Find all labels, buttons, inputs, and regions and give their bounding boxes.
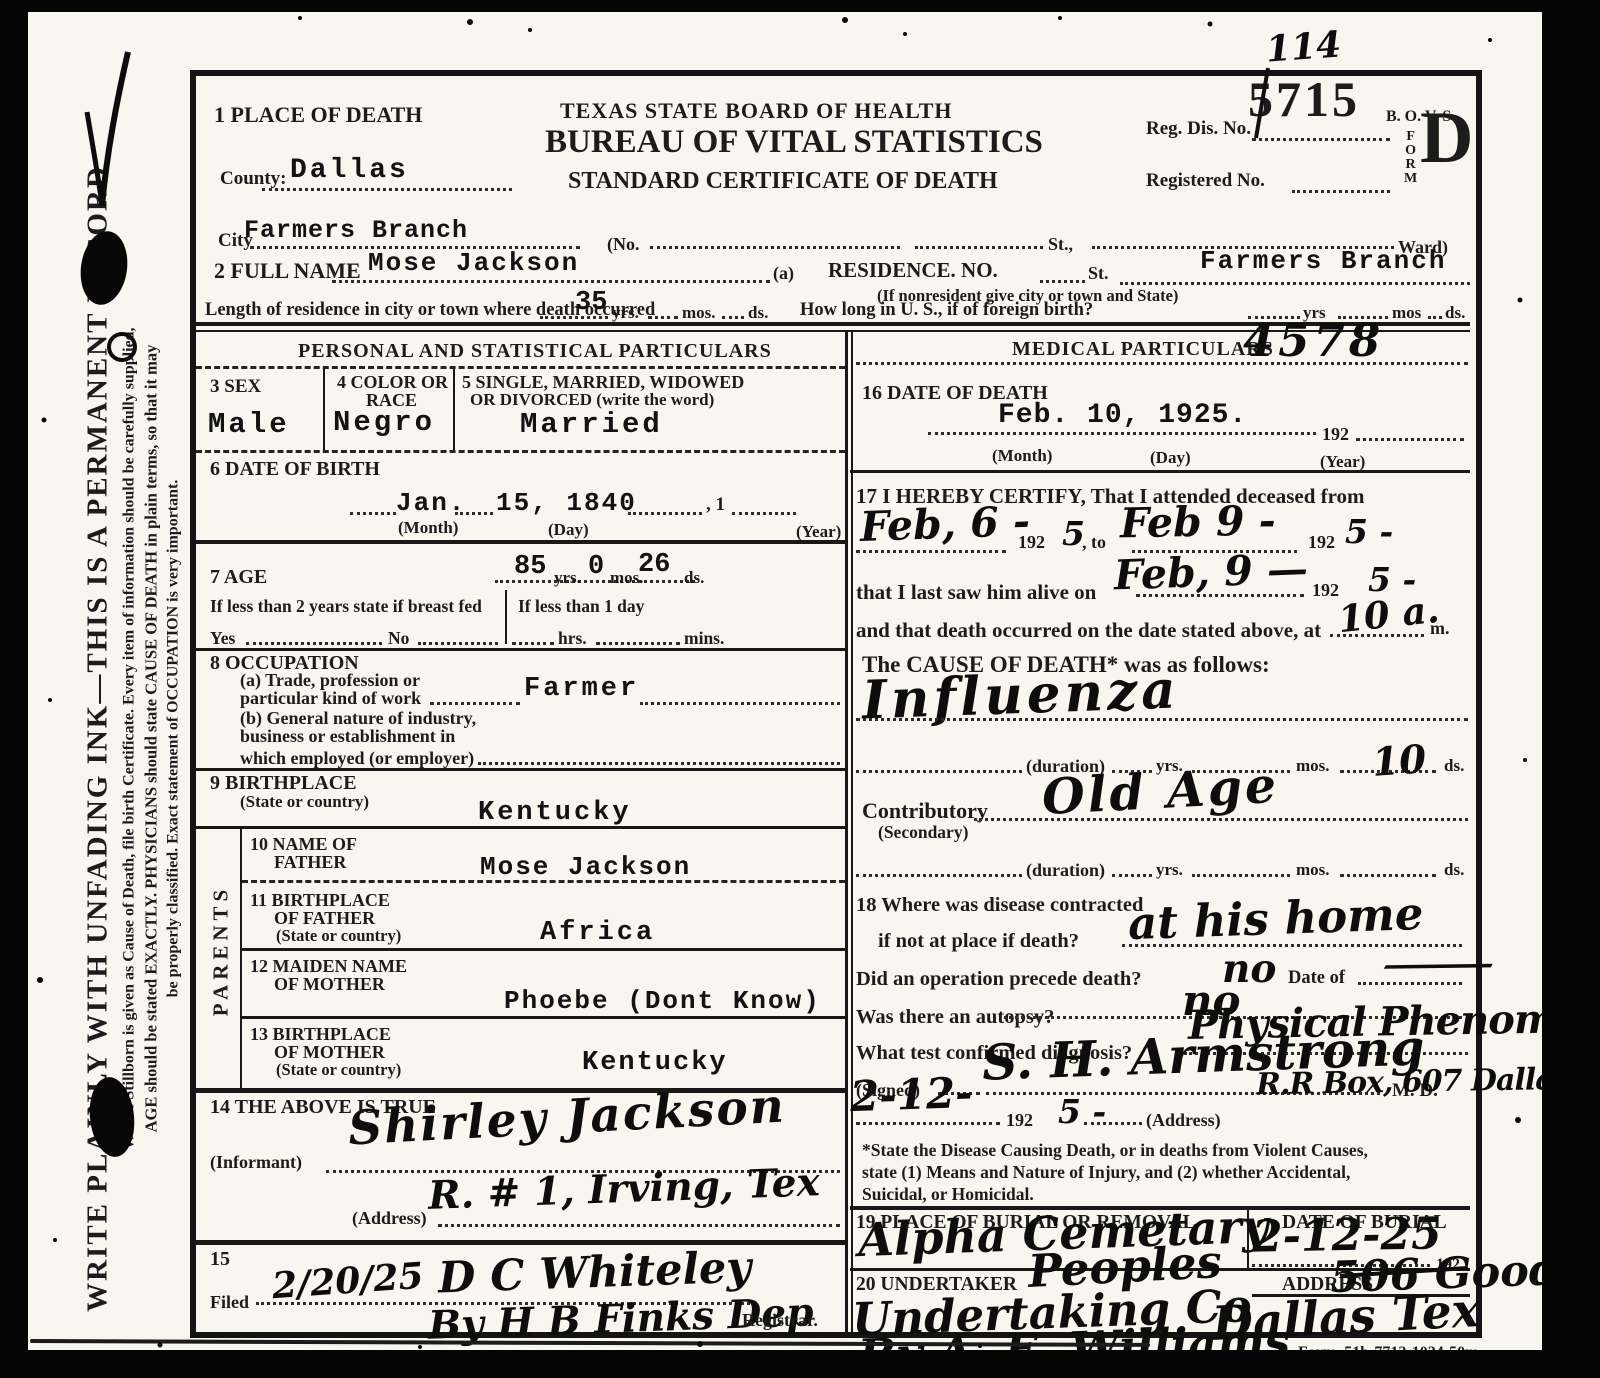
margin-line-4: be properly classified. Exact statement …: [165, 480, 183, 998]
informant-address-label: (Address): [352, 1208, 427, 1229]
rule: [196, 366, 845, 369]
residence-years-value: 35: [575, 288, 607, 318]
contracted-value: at his home: [1127, 887, 1424, 950]
last-saw-year-prefix: 192: [1312, 580, 1339, 601]
occupation-value: Farmer: [524, 674, 639, 704]
form-vertical-label: F O R M: [1404, 130, 1417, 186]
father-name-label-2: FATHER: [274, 852, 346, 873]
form-d-letter: D: [1420, 96, 1473, 181]
age-ds-label: ds.: [684, 568, 704, 588]
from-year-prefix: 192: [1018, 532, 1045, 553]
year-label: (Year): [796, 522, 841, 542]
mother-birthplace-sub: (State or country): [276, 1060, 401, 1080]
rule: [850, 470, 1470, 473]
form-letter-m: M: [1404, 172, 1417, 186]
rule: [540, 316, 608, 319]
marital-value: Married: [520, 408, 663, 441]
parents-label-text: PARENTS: [209, 885, 233, 1016]
scan-band-bottom: [0, 1350, 1600, 1378]
to-label: , to: [1082, 532, 1106, 553]
dob-day-year-value: 15, 1840: [496, 488, 637, 518]
mother-name-label-2: OF MOTHER: [274, 974, 385, 995]
rule: [438, 1224, 840, 1227]
hrs-label: hrs.: [558, 628, 587, 649]
column-divider: [845, 330, 848, 1332]
rule: [505, 590, 507, 644]
last-saw-value: Feb, 9 —: [1113, 545, 1309, 600]
rule: [1136, 594, 1304, 597]
sex-label: 3 SEX: [210, 376, 261, 398]
rule: [856, 718, 1468, 721]
sex-value: Male: [208, 408, 290, 441]
rule: [1428, 316, 1442, 319]
scan-band-top: [0, 0, 1600, 12]
rule: [242, 880, 845, 883]
cause-duration-days-value: 10: [1370, 736, 1427, 786]
reg-dis-label: Reg. Dis. No.: [1146, 118, 1251, 140]
no-label: No: [388, 628, 409, 649]
certificate-title: STANDARD CERTIFICATE OF DEATH: [568, 168, 998, 195]
rule: [628, 512, 702, 515]
attended-to-value: Feb 9 -: [1120, 497, 1277, 548]
cause-duration-mos: mos.: [1296, 756, 1330, 776]
birthplace-sub-label: (State or country): [240, 792, 369, 812]
dod-year-label: (Year): [1320, 452, 1365, 472]
column-divider: [851, 330, 853, 1332]
rule: [1330, 634, 1424, 637]
board-title: TEXAS STATE BOARD OF HEALTH: [560, 98, 953, 124]
mos-label: mos.: [682, 303, 716, 323]
residence-label: RESIDENCE. NO.: [828, 258, 998, 283]
rule: [1340, 874, 1436, 877]
rule: [196, 540, 845, 544]
parents-vertical-label: PARENTS: [209, 821, 234, 1081]
county-label: County:: [220, 168, 287, 190]
footnote-2: state (1) Means and Nature of Injury, an…: [862, 1162, 1350, 1183]
father-name-value: Mose Jackson: [480, 852, 691, 882]
rule: [648, 316, 678, 319]
bureau-title: BUREAU OF VITAL STATISTICS: [545, 124, 1043, 161]
dod-day-label: (Day): [1150, 448, 1191, 468]
contracted-label: 18 Where was disease contracted: [856, 894, 1143, 917]
rule: [196, 450, 845, 453]
form-letter-f: F: [1406, 130, 1415, 144]
secondary-label: (Secondary): [878, 822, 968, 843]
rule: [246, 642, 382, 645]
rule: [350, 512, 396, 515]
signed-year-digit: 5 -: [1058, 1092, 1106, 1131]
registered-no-label: Registered No.: [1146, 170, 1265, 192]
rule: [1192, 874, 1290, 877]
a-label: (a): [773, 263, 794, 284]
margin-line-2: Where Stillborn is given as Cause of Dea…: [121, 327, 139, 1149]
contracted-label-2: if not at place if death?: [878, 930, 1079, 953]
death-time-label: and that death occurred on the date stat…: [856, 618, 1321, 643]
age-label: 7 AGE: [210, 566, 267, 589]
rule: [262, 188, 512, 191]
rule: [856, 362, 1468, 365]
contributory-value: Old Age: [1041, 756, 1281, 826]
contrib-duration-mos: mos.: [1296, 860, 1330, 880]
rule: [323, 368, 325, 450]
margin-line-3: AGE should be stated EXACTLY. PHYSICIANS…: [142, 345, 162, 1133]
rule: [242, 1016, 845, 1019]
rule: [856, 1122, 1000, 1125]
rule: [196, 768, 845, 771]
father-birthplace-sub: (State or country): [276, 926, 401, 946]
signed-address-label: (Address): [1146, 1110, 1221, 1131]
date-of-death-value: Feb. 10, 1925.: [998, 400, 1247, 431]
rule: [1040, 280, 1085, 283]
rule: [915, 246, 1043, 249]
reg-dis-stamp: 5715: [1248, 70, 1360, 128]
rule: [856, 874, 1022, 877]
contrib-duration-ds: ds.: [1444, 860, 1464, 880]
rule: [430, 702, 520, 705]
city-value: Farmers Branch: [244, 216, 468, 245]
street-label: St.,: [1048, 234, 1073, 255]
rule: [453, 368, 455, 450]
rule: [240, 826, 242, 1088]
marital-label-2: OR DIVORCED (write the word): [470, 390, 714, 410]
meridiem-label: m.: [1430, 618, 1450, 639]
lessday-label: If less than 1 day: [518, 596, 644, 617]
month-label: (Month): [398, 518, 458, 538]
mother-name-value: Phoebe (Dont Know): [504, 986, 821, 1016]
item-15-label: 15: [210, 1248, 230, 1271]
dod-year-prefix: 192: [1322, 424, 1349, 445]
rule: [928, 432, 1316, 435]
breastfed-label: If less than 2 years state if breast fed: [210, 596, 482, 617]
rule: [196, 648, 845, 651]
rule: [455, 512, 493, 515]
margin-instructions: WRITE PLAINLY WITH UNFADING INK—THIS IS …: [82, 104, 183, 1374]
contributory-label: Contributory: [862, 798, 988, 824]
rule: [856, 770, 1022, 773]
margin-line-1: WRITE PLAINLY WITH UNFADING INK—THIS IS …: [82, 165, 115, 1312]
occupation-c: which employed (or employer): [240, 748, 474, 769]
dob-label: 6 DATE OF BIRTH: [210, 458, 380, 481]
personal-section-title: PERSONAL AND STATISTICAL PARTICULARS: [298, 340, 772, 363]
rule: [722, 316, 744, 319]
filed-label: Filed: [210, 1292, 249, 1313]
rule: [650, 246, 900, 249]
signed-date-value: 2-12-: [849, 1068, 973, 1121]
place-of-death-label: 1 PLACE OF DEATH: [214, 102, 422, 128]
rule: [512, 642, 554, 645]
age-years-value: 85: [514, 552, 546, 582]
medical-section-title: MEDICAL PARTICULARS: [1012, 338, 1274, 361]
street-no-label: (No.: [607, 234, 640, 255]
mother-birthplace-value: Kentucky: [582, 1048, 728, 1078]
form-letter-r: R: [1406, 158, 1416, 172]
dod-month-label: (Month): [992, 446, 1052, 466]
mins-label: mins.: [684, 628, 724, 649]
residence-value: Farmers Branch: [1200, 246, 1446, 276]
occupation-b2: business or establishment in: [240, 726, 455, 747]
residence-st-label: St.: [1088, 263, 1109, 284]
form-letter-o: O: [1405, 144, 1416, 158]
date-of-label: Date of: [1288, 968, 1345, 989]
age-days-value: 26: [638, 550, 670, 580]
rule: [1084, 1122, 1142, 1125]
county-value: Dallas: [290, 155, 409, 186]
rule: [332, 280, 770, 283]
scan-band-left: [0, 0, 28, 1378]
rule: [732, 512, 796, 515]
age-yrs-label: yrs.: [554, 568, 581, 588]
rule: [1112, 874, 1152, 877]
full-name-value: Mose Jackson: [368, 248, 579, 278]
yes-label: Yes: [210, 628, 235, 649]
informant-label: (Informant): [210, 1152, 302, 1173]
mos2-label: mos: [1392, 303, 1421, 323]
father-birthplace-value: Africa: [540, 918, 655, 948]
medical-cert-number: 4578: [1243, 314, 1384, 367]
rule: [596, 642, 680, 645]
rule: [478, 762, 840, 765]
ds2-label: ds.: [1445, 303, 1465, 323]
yrs-label: yrs.: [612, 303, 639, 323]
rule: [1356, 438, 1464, 441]
rule: [196, 826, 845, 829]
howlong-label: How long in U. S., if of foreign birth?: [800, 300, 1093, 321]
color-race-value: Negro: [333, 406, 435, 439]
birthplace-value: Kentucky: [478, 798, 632, 828]
rule: [242, 948, 845, 951]
signed-year-prefix: 192: [1006, 1110, 1033, 1131]
rule: [856, 550, 1006, 553]
day-label: (Day): [548, 520, 589, 540]
operation-date-dash: —: [1374, 946, 1501, 983]
contrib-duration-label: (duration): [1026, 860, 1105, 881]
rule: [1120, 282, 1470, 285]
rule: [1292, 190, 1390, 193]
rule: [418, 642, 498, 645]
to-year-prefix: 192: [1308, 532, 1335, 553]
cause-duration-ds: ds.: [1444, 756, 1464, 776]
dob-suffix: , 1: [706, 494, 725, 516]
rule: [974, 818, 1468, 821]
occupation-a2: particular kind of work: [240, 688, 421, 709]
registrar-label: Registrar.: [742, 1310, 818, 1331]
attended-from-value: Feb, 6 -: [859, 497, 1031, 551]
rule: [1252, 138, 1390, 141]
footnote-3: Suicidal, or Homicidal.: [862, 1184, 1034, 1205]
scan-band-right: [1542, 0, 1600, 1378]
rule: [640, 702, 840, 705]
last-saw-label: that I last saw him alive on: [856, 580, 1096, 605]
contrib-duration-yrs: yrs.: [1156, 860, 1183, 880]
footnote-1: *State the Disease Causing Death, or in …: [862, 1140, 1368, 1161]
age-months-value: 0: [588, 552, 604, 582]
to-year-digit: 5 -: [1345, 512, 1393, 551]
operation-label: Did an operation precede death?: [856, 968, 1141, 991]
ds-label: ds.: [748, 303, 768, 323]
page-number-handwritten: 114: [1265, 23, 1343, 70]
death-certificate-scan: WRITE PLAINLY WITH UNFADING INK—THIS IS …: [0, 0, 1600, 1378]
